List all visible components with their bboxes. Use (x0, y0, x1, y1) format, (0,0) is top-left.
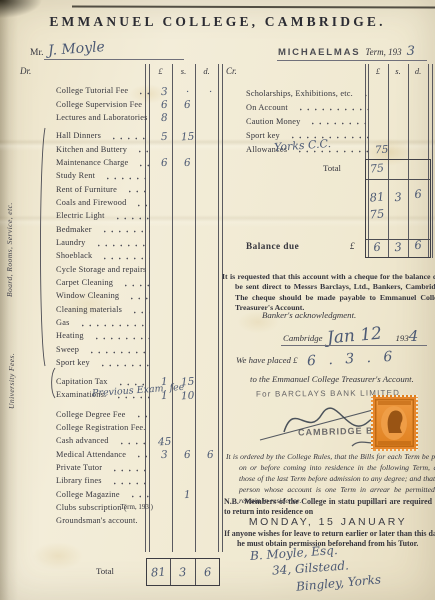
dot-leader (126, 487, 150, 500)
dot-leader (294, 100, 369, 114)
ledger-row: Medical Attendance 3 6 6 (18, 447, 222, 460)
ledger-row: Heating (18, 329, 222, 342)
debit-ledger: Dr. £ s. d. College Tutorial Fee 3 · · C… (18, 64, 222, 554)
pounds-cell: 75 (372, 140, 392, 158)
ledger-row: Cleaning materials (18, 303, 222, 316)
fee-label: Study Rent (56, 171, 95, 180)
ledger-row: Coals and Firewood (18, 196, 222, 209)
box-rule (366, 179, 430, 180)
ledger-row: Window Cleaning (18, 289, 222, 302)
ledger-row: Hall Dinners 5 15 (18, 129, 222, 142)
ledger-row: Shoeblack (18, 249, 222, 262)
dot-leader (85, 343, 150, 356)
ledger-row: Study Rent (18, 169, 222, 182)
fee-label: Window Cleaning (56, 291, 119, 300)
shillings-value: 6 (184, 449, 191, 461)
pence-header: d. (195, 66, 218, 76)
term-stamp: MICHAELMAS (278, 47, 360, 58)
fee-label: Bedmaker (56, 225, 92, 234)
account-line: to the Emmanuel College Treasurer's Acco… (250, 374, 414, 384)
dot-leader (90, 329, 150, 342)
student-name-handwritten: J. Moyle (48, 39, 106, 59)
fee-label: Kitchen and Buttery (56, 145, 127, 154)
ledger-row: Bedmaker (18, 222, 222, 235)
dot-leader (125, 289, 150, 302)
balance-shillings: 3 (387, 239, 408, 255)
shillings-header: s. (172, 66, 195, 76)
nb-text: Members of the College in statu pupillar… (224, 497, 432, 516)
fee-label: Groundsman's account. (56, 516, 138, 525)
pounds-value: 75 (375, 144, 389, 157)
dot-leader (98, 222, 150, 235)
college-bill-document: EMMANUEL COLLEGE, CAMBRIDGE. Mr. J. Moyl… (0, 0, 435, 600)
ledger-row: Carpet Cleaning (18, 276, 222, 289)
shillings-value: 10 (181, 389, 195, 402)
dot-leader (76, 316, 150, 329)
balance-pounds: 6 (366, 239, 387, 255)
pence-value: · (209, 86, 213, 98)
fee-label: Library fines (56, 476, 102, 485)
total-shillings-cell: 3 (170, 559, 194, 585)
ledger-row: Caution Money (222, 114, 432, 128)
term-underline (277, 60, 427, 61)
total-pounds: 81 (151, 565, 167, 580)
dot-leader (96, 356, 150, 369)
side-label-board: Board, Rooms, Service, etc. (5, 152, 14, 348)
fee-label: Electric Light (56, 211, 105, 220)
total-pence-cell: 6 (195, 559, 219, 585)
carried-credit-pounds: 75 (366, 206, 387, 222)
year-handwritten: 4 (409, 327, 419, 345)
cr-total-pounds: 75 (366, 161, 387, 176)
scan-top-edge (72, 6, 435, 9)
university-group-brace (49, 366, 57, 400)
shillings-header: s. (388, 66, 408, 76)
payment-request-note: It is requested that this account with a… (222, 272, 435, 313)
dot-leader (108, 461, 150, 474)
dot-leader (133, 142, 150, 155)
balance-currency-sign: £ (350, 241, 355, 251)
fee-label: Rent of Furniture (56, 185, 117, 194)
dot-leader (128, 303, 150, 316)
dot-leader (123, 182, 150, 195)
pounds-header: £ (368, 66, 388, 76)
place-label: Cambridge (283, 333, 323, 343)
dot-leader (132, 407, 151, 420)
address-line-2: 34, Gilstead. (272, 558, 350, 577)
total-box: 81 3 6 (146, 558, 220, 586)
fee-note: Term, 193 ) (120, 503, 153, 511)
balance-due-label: Balance due (246, 241, 299, 251)
balance-pence: 6 (407, 237, 428, 253)
carried-debit-shillings: 3 (387, 189, 408, 205)
dot-leader (98, 249, 150, 262)
shillings-value: 15 (181, 130, 195, 143)
ledger-row: Rent of Furniture (18, 182, 222, 195)
year-printed: 193 (396, 333, 409, 343)
pounds-value: 3 (161, 449, 168, 461)
nb-label: N.B. (224, 497, 239, 506)
carried-debit-pence: 6 (407, 186, 428, 202)
fee-label: College Tutorial Fee (56, 86, 128, 95)
ledger-row: Groundsman's account. (18, 514, 222, 527)
page-title: EMMANUEL COLLEGE, CAMBRIDGE. (0, 14, 435, 30)
dot-leader (148, 262, 150, 275)
dot-leader (108, 474, 150, 487)
ledger-row: Lectures and Laboratories 8 (18, 111, 222, 124)
cr-total-label: Total (323, 163, 341, 173)
ledger-row: Laundry (18, 236, 222, 249)
term-year-handwritten: 3 (407, 44, 415, 59)
dot-leader (132, 196, 150, 209)
dot-leader (119, 276, 150, 289)
fee-label: Shoeblack (56, 251, 92, 260)
postage-stamp (371, 395, 418, 451)
dot-leader (115, 434, 150, 447)
ledger-row: Sweep (18, 343, 222, 356)
address-line-3: Bingley, Yorks (296, 572, 382, 593)
credit-rows: Scholarships, Exhibitions, etc. On Accou… (222, 64, 432, 156)
fee-label: Medical Attendance (56, 450, 126, 459)
board-group-brace (37, 126, 47, 368)
ledger-row: On Account (222, 100, 432, 114)
balance-box: 75 81 3 6 75 6 3 6 (365, 159, 431, 258)
date-underline (281, 345, 427, 346)
dot-leader (107, 129, 150, 142)
dot-leader (359, 86, 369, 100)
pounds-value: 6 (161, 157, 168, 169)
bankers-date-line: Cambridge Jan 12 193 4 (283, 326, 418, 346)
dr-label: Dr. (20, 66, 31, 76)
dot-leader (148, 97, 150, 110)
fee-label: College Supervision Fee (56, 100, 142, 109)
fee-label: Sweep (56, 345, 79, 354)
fee-label: On Account (246, 103, 288, 112)
shillings-value: 1 (184, 489, 191, 501)
fee-label: Caution Money (246, 117, 300, 126)
bankers-heading: Banker's acknowledgment. (262, 310, 356, 320)
ledger-row: Scholarships, Exhibitions, etc. (222, 86, 432, 100)
pence-value: 6 (207, 449, 214, 461)
fee-label: Gas (56, 318, 70, 327)
total-label: Total (96, 566, 114, 576)
shillings-value: 6 (184, 99, 191, 111)
fee-label: Heating (56, 331, 84, 340)
ledger-row: Maintenance Charge 6 6 (18, 156, 222, 169)
term-line: MICHAELMAS Term, 193 3 (278, 44, 415, 59)
cr-label: Cr. (226, 66, 237, 76)
fee-label: Laundry (56, 238, 86, 247)
amount-handwritten: 6 . 3 . 6 (307, 349, 397, 370)
ledger-row: Allowances Yorks C.C. 75 (222, 142, 432, 156)
fee-label: Capitation Tax (56, 377, 108, 386)
carried-debit-pounds: 81 (366, 189, 387, 205)
pounds-value: 1 (161, 390, 168, 402)
dot-leader (134, 84, 150, 97)
dot-leader (148, 111, 150, 124)
fee-label: Sport key (246, 131, 280, 140)
pounds-value: 5 (161, 131, 168, 143)
dot-leader (101, 169, 150, 182)
fee-label: College Degree Fee (56, 410, 126, 419)
dot-leader (111, 209, 150, 222)
ledger-row: College Supervision Fee 6 6 (18, 97, 222, 110)
placed-label: We have placed £ (236, 355, 297, 365)
return-date-stamp: MONDAY, 15 JANUARY (224, 516, 432, 528)
dot-leader (144, 514, 150, 527)
dot-leader (306, 114, 369, 128)
fee-label: Coals and Firewood (56, 198, 126, 207)
pounds-header: £ (149, 66, 172, 76)
dot-leader (132, 447, 150, 460)
king-profile-icon (373, 397, 416, 449)
fee-label: Cleaning materials (56, 305, 122, 314)
ledger-row: Electric Light (18, 209, 222, 222)
fee-label: Cycle Storage and repairs (56, 265, 142, 274)
ledger-row: College Registration Fee. (18, 421, 222, 434)
shillings-value: 6 (184, 157, 191, 169)
dot-leader (92, 236, 150, 249)
pounds-value: 8 (161, 112, 168, 124)
fee-label: Scholarships, Exhibitions, etc. (246, 89, 353, 98)
fee-label: Maintenance Charge (56, 158, 128, 167)
total-pence: 6 (203, 565, 211, 579)
fee-label: College Magazine (56, 490, 120, 499)
fee-label: Clubs subscription ( (56, 503, 106, 512)
ledger-row: College Magazine 1 (18, 487, 222, 500)
amount-line: We have placed £ 6 . 3 . 6 (236, 351, 397, 367)
debit-rows: College Tutorial Fee 3 · · College Super… (18, 64, 222, 528)
ledger-row: Gas (18, 316, 222, 329)
ledger-row: Clubs subscription ( Term, 193 ) (18, 501, 222, 514)
fee-label: Cash advanced (56, 436, 109, 445)
total-shillings: 3 (179, 565, 187, 579)
dot-leader (148, 421, 150, 434)
term-label: Term, 193 (365, 47, 401, 57)
pounds-cell: 8 (153, 108, 176, 126)
total-pounds-cell: 81 (147, 559, 170, 585)
ledger-row: Cycle Storage and repairs (18, 262, 222, 275)
name-underline (44, 59, 184, 60)
fee-label: College Registration Fee. (56, 423, 142, 432)
fee-label: Lectures and Laboratories (56, 113, 142, 122)
fee-label: Sport key (56, 358, 90, 367)
fee-label: Carpet Cleaning (56, 278, 113, 287)
ledger-row: Private Tutor (18, 461, 222, 474)
fee-label: Private Tutor (56, 463, 102, 472)
dot-leader (134, 156, 150, 169)
pence-header: d. (408, 66, 428, 76)
ledger-row: College Degree Fee (18, 407, 222, 420)
mr-label: Mr. (30, 48, 43, 58)
fee-label: Hall Dinners (56, 131, 101, 140)
side-label-university: University Fees. (7, 350, 16, 412)
nb-note: N.B. Members of the College in statu pup… (224, 497, 432, 518)
